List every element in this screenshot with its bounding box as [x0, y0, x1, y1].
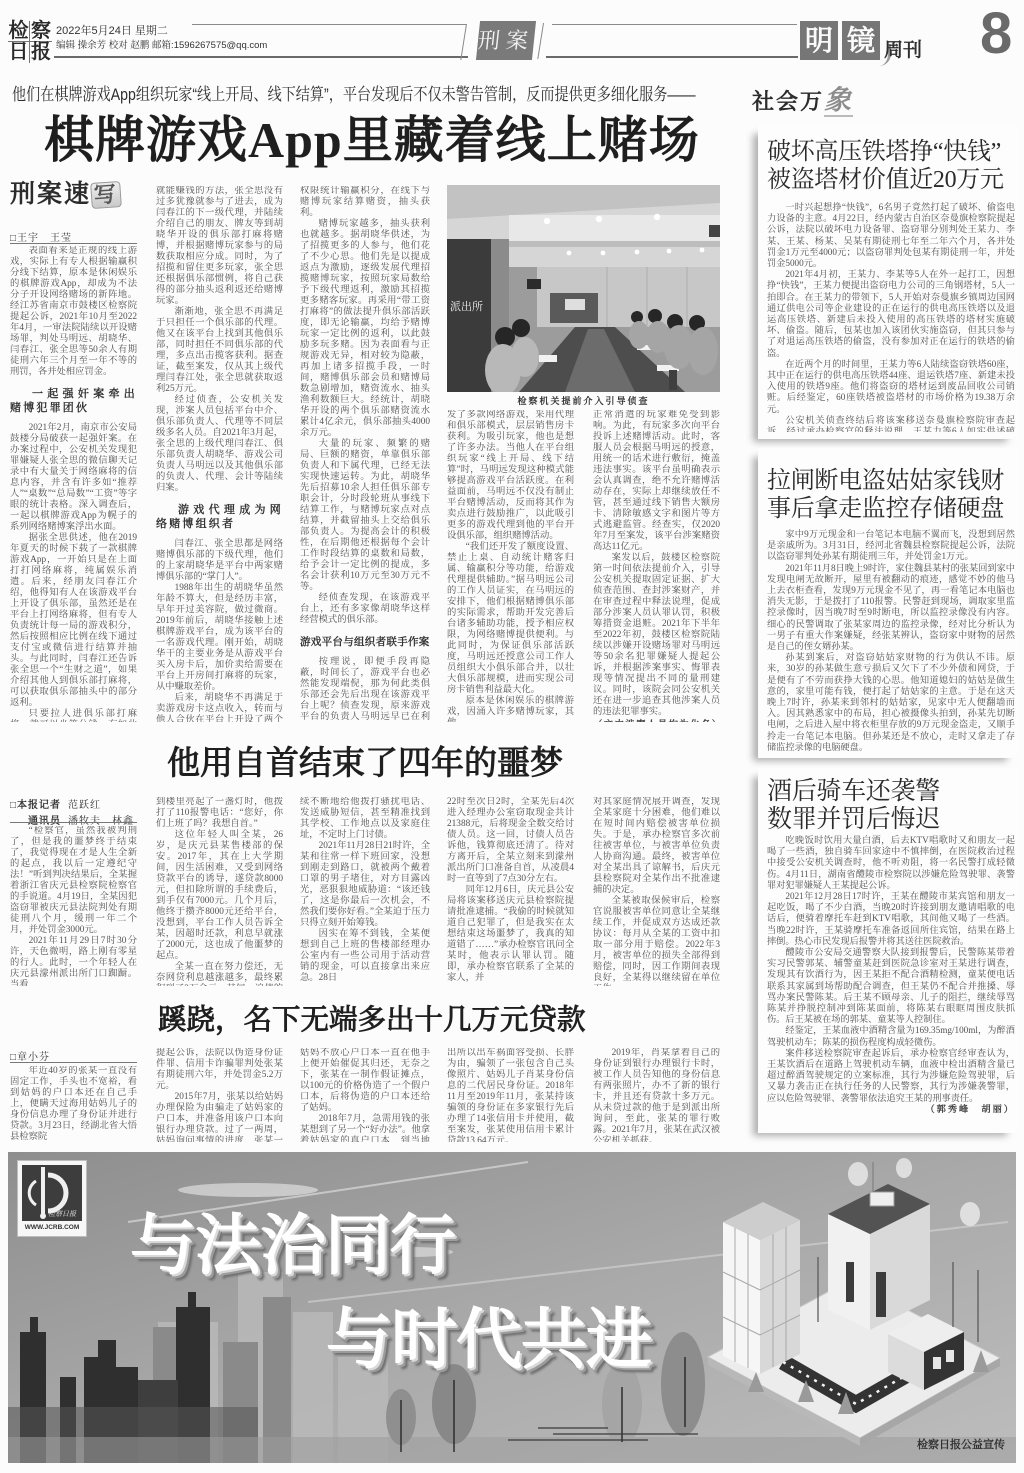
page-number: 8 — [980, 4, 1012, 64]
paragraph: 对其家庭情况展开调查，发现全某家庭十分困难，他们难以在短时间内赔偿被害单位损失。… — [593, 797, 720, 896]
banner-logo: 检察日报 WWW.JCRB.COM — [17, 1160, 87, 1237]
paragraph: 年近40岁的张某一直没有固定工作，手头也不宽裕，看到姑妈的户口本还在自己手上，便… — [10, 1066, 137, 1143]
paragraph: 据张全思供述，他在2019年夏天的时候下载了一款棋牌游戏App，一开始只是在上面… — [10, 533, 137, 709]
banner-slogan-line-1: 与法治同行 — [130, 1210, 455, 1280]
headline-line: 数罪并罚后悔迟 — [767, 806, 940, 834]
column-label-text: 刑案速 — [10, 181, 91, 208]
brand-char: 镜 — [847, 25, 875, 56]
brand-suffix: 周刊 — [884, 35, 922, 62]
third-story-column-5: 2019年，肖某拿着自己的身份证到银行办理银行卡时，被工作人员告知他的身份信息有… — [593, 1048, 720, 1142]
paragraph: 2021年11月28日21时许，全某和往常一样下班回家，没想到刚走到路口，就被两… — [300, 841, 430, 929]
paragraph: 2018年7月，急需用钱的张某想到了另一个“好办法”。他拿着姑妈家的真户口本，到… — [300, 1114, 430, 1142]
paragraph: 一时兴起想挣“快钱”，6名男子竟然打起了破坏、偷盗电力设备的主意。4月22日，经… — [767, 202, 1015, 269]
paragraph: 醴陵市公安局交通警察大队接到报警后，民警陈某带着实习民警郭某、辅警童某赶到医院急… — [767, 947, 1015, 1025]
header-rule-top-right — [552, 24, 797, 25]
sidebar-section-title: 社会万象 — [752, 86, 853, 116]
lead-column-3: 权限统计输赢积分，在线下与赌博玩家结算赌资，抽头获利。 赌博玩家越多，抽头获利也… — [300, 186, 430, 722]
section-heading: 游戏代理成为网络赌博组织者 — [156, 503, 283, 531]
sidebar-story-body: 家中9万元现金和一台笔记本电脑不翼而飞，没想到居然是亲戚所为。3月31日，经河北… — [767, 529, 1015, 751]
paragraph: 原本是休闲娱乐的棋牌游戏，因涌入许多赌博玩家，其他 — [447, 696, 574, 722]
headline-line: 拉闸断电盗姑姑家钱财 — [767, 467, 1004, 495]
logo-char: 检 — [8, 21, 30, 42]
sidebar-story-body: 一时兴起想挣“快钱”，6名男子竟然打起了破坏、偷盗电力设备的主意。4月22日，经… — [767, 202, 1015, 432]
sidebar-story-2: 拉闸断电盗姑姑家钱财 事后拿走监控存储硬盘 家中9万元现金和一台笔记本电脑不翼而… — [758, 448, 1018, 758]
paragraph: 大量的玩家、频繁的赌局、巨额的赌资，单靠俱乐部负责人和下属代理，已经无法实现快速… — [300, 439, 430, 593]
meeting-room-photo: 派出所 — [447, 185, 720, 392]
paragraph-text: 案件移送检察院审查起诉后，承办检察官经审查认为，王某饮酒后在道路上驾驶机动车辆，… — [767, 1048, 1015, 1103]
paragraph: 同年12月6日，庆元县公安局将该案移送庆元县检察院提请批准逮捕。“我偷的时候就知… — [447, 885, 574, 984]
section-heading: 游戏平台与组织者联手作案 — [300, 635, 430, 649]
second-story-column-1: “检察官，虽然我被判刑了，但是我的噩梦终于结束了，我觉得现在才是人生全新的起点，… — [10, 826, 137, 986]
paragraph: 案发以后，鼓楼区检察院第一时间依法提前介入，引导公安机关提取固定证据、扩大侦查范… — [593, 553, 720, 718]
paragraph: 发了多款网络游戏，采用代理和俱乐部模式，层层销售房卡获利。为吸引玩家，他也是想了… — [447, 410, 574, 542]
sidebar-title-accent: 象 — [824, 85, 853, 117]
paragraph: 2021年11月8日晚上9时许，家住魏县某村的张某回到家中发现电闸无故断开，屋里… — [767, 563, 1015, 653]
paragraph: 就能赚钱的方法，张全思没有过多犹豫就参与了进去，成为闫春江的下一级代理，并陆续介… — [156, 186, 283, 307]
paragraph: 2019年，肖某拿着自己的身份证到银行办理银行卡时，被工作人员告知他的身份信息有… — [593, 1048, 720, 1142]
paragraph: 在近两个月的时间里，王某力等6人陆续盗窃铁塔60座，其中正在运行的供电高压铁塔4… — [767, 359, 1015, 415]
paragraph: 提起公诉，法院以伪造身份证件罪、信用卡诈骗罪判处张某有期徒刑六年，并处罚金5.2… — [156, 1048, 283, 1092]
paragraph: 表面看来是正规的线上游戏，实际上有专人根据输赢积分线下结算，原本是休闲娱乐的棋牌… — [10, 246, 137, 378]
paragraph: 1988年出生的胡晓华虽然年龄不算大，但是经历丰富，早年开过美容院，做过微商。2… — [156, 583, 283, 693]
banner-slogan-line-2: 与时代共进 — [326, 1304, 651, 1374]
brand-char: 明 — [805, 25, 833, 56]
public-service-banner: 检察日报 WWW.JCRB.COM 与法治同行 与时代共进 检察日报公益宣传 — [8, 1152, 1016, 1463]
section-label: 刑案 — [477, 28, 536, 53]
paragraph: “检察官，虽然我被判刑了，但是我的噩梦终于结束了，我觉得现在才是人生全新的起点，… — [10, 826, 137, 936]
third-story-column-4: 出所以出车祸面容受损、长胖为由，骗领了一张包含自己头像照片、姑妈儿子肖某身份信息… — [447, 1048, 574, 1142]
header-rule-top-left — [192, 24, 466, 25]
paragraph: 2021年11月29日7时30分许，天色微明，路上刚有零星的行人。此时，一个年轻… — [10, 936, 137, 986]
second-story-column-3: 续不断地给他拨打骚扰电话、发送威胁短信，甚至精准找到其学校、工作地点以及家庭住址… — [300, 797, 430, 986]
second-story-column-2: 到楼里亮起了一盏灯时，他拨打了110报警电话：“您好，你们上班了吗？我想自首。”… — [156, 797, 283, 986]
byline-rule — [10, 1062, 137, 1063]
paragraph: “我们还开发了额度设置、禁止上桌、自动统计赌客归属、输赢积分等功能，给游戏代理提… — [447, 542, 574, 696]
lead-column-4: 发了多款网络游戏，采用代理和俱乐部模式，层层销售房卡获利。为吸引玩家，他也是想了… — [447, 410, 574, 722]
banner-logo-calligraphy: 检察日报 — [48, 1209, 76, 1219]
byline-line: 通讯员 潘牧夫 林鑫 — [10, 812, 134, 827]
paragraph: 2015年7月，张某以给姑妈办理保险为由骗走了姑妈家的户口本，并准备用该户口本向… — [156, 1092, 283, 1142]
paragraph: 到楼里亮起了一盏灯时，他拨打了110报警电话：“您好，你们上班了吗？我想自首。” — [156, 797, 283, 830]
lead-photo: 派出所 — [447, 185, 720, 392]
byline-rule — [10, 243, 137, 244]
third-story-column-2: 提起公诉，法院以伪造身份证件罪、信用卡诈骗罪判处张某有期徒刑六年，并处罚金5.2… — [156, 1048, 283, 1142]
paragraph: 续不断地给他拨打骚扰电话、发送威胁短信，甚至精准找到其学校、工作地点以及家庭住址… — [300, 797, 430, 841]
sidebar-story-body: 吃晚饭时饮用大量白酒，后去KTV唱歌时又和朋友一起喝了一些酒，独自骑车回家途中不… — [767, 835, 1015, 1125]
paragraph: 案件移送检察院审查起诉后，承办检察官经审查认为，王某饮酒后在道路上驾驶机动车辆，… — [767, 1048, 1015, 1104]
paragraph-text: 公安机关侦查终结后将该案移送奈曼旗检察院审查起诉。经过承办检察官的释法说理，王某… — [767, 415, 1015, 432]
lead-byline: □王宇 王莹 — [10, 229, 72, 244]
author-credit: （郭秀峰 胡丽） — [926, 1104, 1016, 1115]
paragraph: 权限统计输赢积分，在线下与赌博玩家结算赌资，抽头获利。 — [300, 186, 430, 219]
section-label-box: 刑案 — [476, 21, 536, 60]
sidebar-story-headline: 破坏高压铁塔挣“快钱” 被盗塔材价值近20万元 — [767, 138, 1004, 194]
wall-sign-text: 派出所 — [450, 299, 483, 313]
paragraph: 经侦查发现，在该游戏平台上，还有多家像胡晓华这样经营模式的俱乐部。 — [300, 593, 430, 626]
newspaper-logo: 检 察 日 报 — [8, 21, 52, 63]
paragraph: 闫春江、张全思都是网络赌博俱乐部的下级代理，他们的上家胡晓华是平台中两家赌博俱乐… — [156, 539, 283, 583]
lead-headline: 棋牌游戏App里藏着线上赌场 — [44, 112, 700, 168]
sidebar-story-1: 破坏高压铁塔挣“快钱” 被盗塔材价值近20万元 一时兴起想挣“快钱”，6名男子竟… — [758, 125, 1018, 439]
headline-line: 破坏高压铁塔挣“快钱” — [767, 138, 1004, 166]
third-story-column-1: 年近40岁的张某一直没有固定工作，手头也不宽裕，看到姑妈的户口本还在自己手上，便… — [10, 1066, 137, 1143]
third-story-byline: □章小芬 — [10, 1048, 50, 1063]
sidebar-story-headline: 拉闸断电盗姑姑家钱财 事后拿走监控存储硬盘 — [767, 467, 1004, 523]
headline-line: 酒后骑车还袭警 — [767, 778, 940, 806]
column-label-accent: 写 — [90, 181, 122, 209]
lead-kicker: 他们在棋牌游戏App组织玩家“线上开局、线下结算”，平台发现后不仅未警告管制，反… — [12, 80, 696, 105]
logo-char: 察 — [30, 21, 52, 42]
header-rule-slant — [460, 24, 467, 60]
paragraph: 正常消遣的玩家难免受到影响。为此，有玩家多次向平台投诉上述赌博活动。此时，客服人… — [593, 410, 720, 553]
header-rule-slant — [537, 23, 544, 59]
lead-column-5: 正常消遣的玩家难免受到影响。为此，有玩家多次向平台投诉上述赌博活动。此时，客服人… — [593, 410, 720, 722]
paragraph: 因实在筹不到钱，全某便想到自己上班的售楼部经理办公室内有一些公司用于活动营销的现… — [300, 929, 430, 984]
sidebar-story-3: 酒后骑车还袭警 数罪并罚后悔迟 吃晚饭时饮用大量白酒，后去KTV唱歌时又和朋友一… — [758, 768, 1018, 1133]
photo-caption: 检察机关提前介入引导侦查 — [447, 394, 720, 407]
third-story-headline: 蹊跷，名下无端多出十几万元贷款 — [158, 1003, 586, 1039]
paragraph: 家中9万元现金和一台笔记本电脑不翼而飞，没想到居然是亲戚所为。3月31日，经河北… — [767, 529, 1015, 563]
second-story-column-5: 对其家庭情况展开调查，发现全某家庭十分困难，他们难以在短时间内赔偿被害单位损失。… — [593, 797, 720, 986]
paragraph: 全某一直在努力偿还，无奈网贷利息越涨越多，最终累积到了3万余元。其间，追债的人持 — [156, 962, 283, 986]
editor-credits: 编辑 操余芳 校对 赵鹏 邮箱:1596267575@qq.com — [56, 37, 267, 51]
paragraph: 孙某到案后，对盗窃姑姑家财物的行为供认不讳。原来，30岁的孙某做生意亏损后又欠下… — [767, 652, 1015, 751]
paragraph: 姑妈不放心户口本一直在他手上便开始催促其归还，无奈之下，张某在一制作假证摊点，以… — [300, 1048, 430, 1114]
sidebar-title-text: 社会万 — [752, 89, 824, 114]
byline-names: 范跃红 — [68, 800, 101, 811]
paragraph: 2021年12月28日17时许，王某在醴陵市某宾馆和朋友一起吃饭，喝了不少白酒，… — [767, 891, 1015, 947]
sidebar-story-headline: 酒后骑车还袭警 数罪并罚后悔迟 — [767, 778, 940, 834]
newspaper-page: 检 察 日 报 2022年5月24日 星期二 编辑 操余芳 校对 赵鹏 邮箱:1… — [0, 0, 1024, 1473]
section-heading: 一起强奸案牵出赌博犯罪团伙 — [10, 387, 137, 415]
paragraph: 经过侦查，公安机关发现，涉案人员包括平台中介、俱乐部负责人、代理等不同层级多名人… — [156, 395, 283, 494]
logo-char: 报 — [30, 42, 52, 63]
pseudonym-note: （文中涉案人员均为化名） — [593, 720, 720, 722]
paragraph: 2021年4月初，王某力、李某等5人在外一起打工，因想挣“快钱”，王某力便提出盗… — [767, 269, 1015, 359]
paragraph: 出所以出车祸面容受损、长胖为由，骗领了一张包含自己头像照片、姑妈儿子肖某身份信息… — [447, 1048, 574, 1142]
byline-role: □本报记者 — [10, 800, 61, 811]
second-story-column-4: 22时至次日2时，全某先后4次进入经理办公室窃取现金共计21388元，后将现金全… — [447, 797, 574, 986]
banner-logo-url: WWW.JCRB.COM — [18, 1224, 86, 1231]
logo-char: 日 — [8, 42, 30, 63]
paragraph: 2021年2月，南京市公安局鼓楼分局破获一起强奸案。在办案过程中，公安机关发现犯… — [10, 423, 137, 533]
headline-line: 事后拿走监控存储硬盘 — [767, 495, 1004, 523]
paragraph: 全某被取保候审后，检察官说服被害单位同意让全某继续工作，并促成双方达成还款协议：… — [593, 896, 720, 986]
brand-char-box: 镜 — [842, 21, 880, 60]
paragraph: 按理说，即便手段再隐蔽，时间长了，游戏平台也必然能发现端倪，那为何此类俱乐部还会… — [300, 657, 430, 722]
column-label: 刑案速写 — [10, 181, 136, 209]
brand-char-box: 明 — [800, 21, 838, 60]
paragraph: 渐渐地，张全思不再满足于只担任一个俱乐部的代理。他又在该平台上找到其他俱乐部，同… — [156, 307, 283, 395]
headline-line: 被盗塔材价值近20万元 — [767, 166, 1004, 194]
paragraph: 经鉴定，王某血液中酒精含量为169.35mg/100ml，为醉酒驾驶机动车；陈某… — [767, 1025, 1015, 1047]
paragraph: 这位年轻人叫全某，26岁，是庆元县某售楼部的保安。2017年，其在上大学期间，因… — [156, 830, 283, 962]
header-rule-bottom-left — [54, 56, 468, 58]
paragraph: 赌博玩家越多，抽头获利也就越多。据胡晓华供述，为了招揽更多的人参与，他们花了不少… — [300, 219, 430, 439]
byline-rule — [10, 822, 137, 823]
header-rule-bottom-right — [546, 56, 798, 58]
second-story-headline: 他用自首结束了四年的噩梦 — [167, 744, 563, 784]
paragraph: 后来，胡晓华不再满足于卖游戏房卡这点收入，转而与他人合伙在平台上开设了两个俱乐部… — [156, 693, 283, 722]
third-story-column-3: 姑妈不放心户口本一直在他手上便开始催促其归还，无奈之下，张某在一制作假证摊点，以… — [300, 1048, 430, 1142]
banner-credit: 检察日报公益宣传 — [917, 1436, 1005, 1452]
paragraph: 吃晚饭时饮用大量白酒，后去KTV唱歌时又和朋友一起喝了一些酒，独自骑车回家途中不… — [767, 835, 1015, 891]
paragraph: 公安机关侦查终结后将该案移送奈曼旗检察院审查起诉。经过承办检察官的释法说理，王某… — [767, 415, 1015, 432]
lead-column-1: 表面看来是正规的线上游戏，实际上有专人根据输赢积分线下结算，原本是休闲娱乐的棋牌… — [10, 246, 137, 722]
paragraph: 22时至次日2时，全某先后4次进入经理办公室窃取现金共计21388元，后将现金全… — [447, 797, 574, 885]
lead-column-2: 就能赚钱的方法，张全思没有过多犹豫就参与了进去，成为闫春江的下一级代理，并陆续介… — [156, 186, 283, 722]
byline-line: □本报记者 范跃红 — [10, 796, 134, 811]
issue-date: 2022年5月24日 星期二 — [56, 22, 168, 38]
paragraph: 只要拉人进俱乐部打麻将，就可以坐等分钱，有如此不费力 — [10, 709, 137, 722]
